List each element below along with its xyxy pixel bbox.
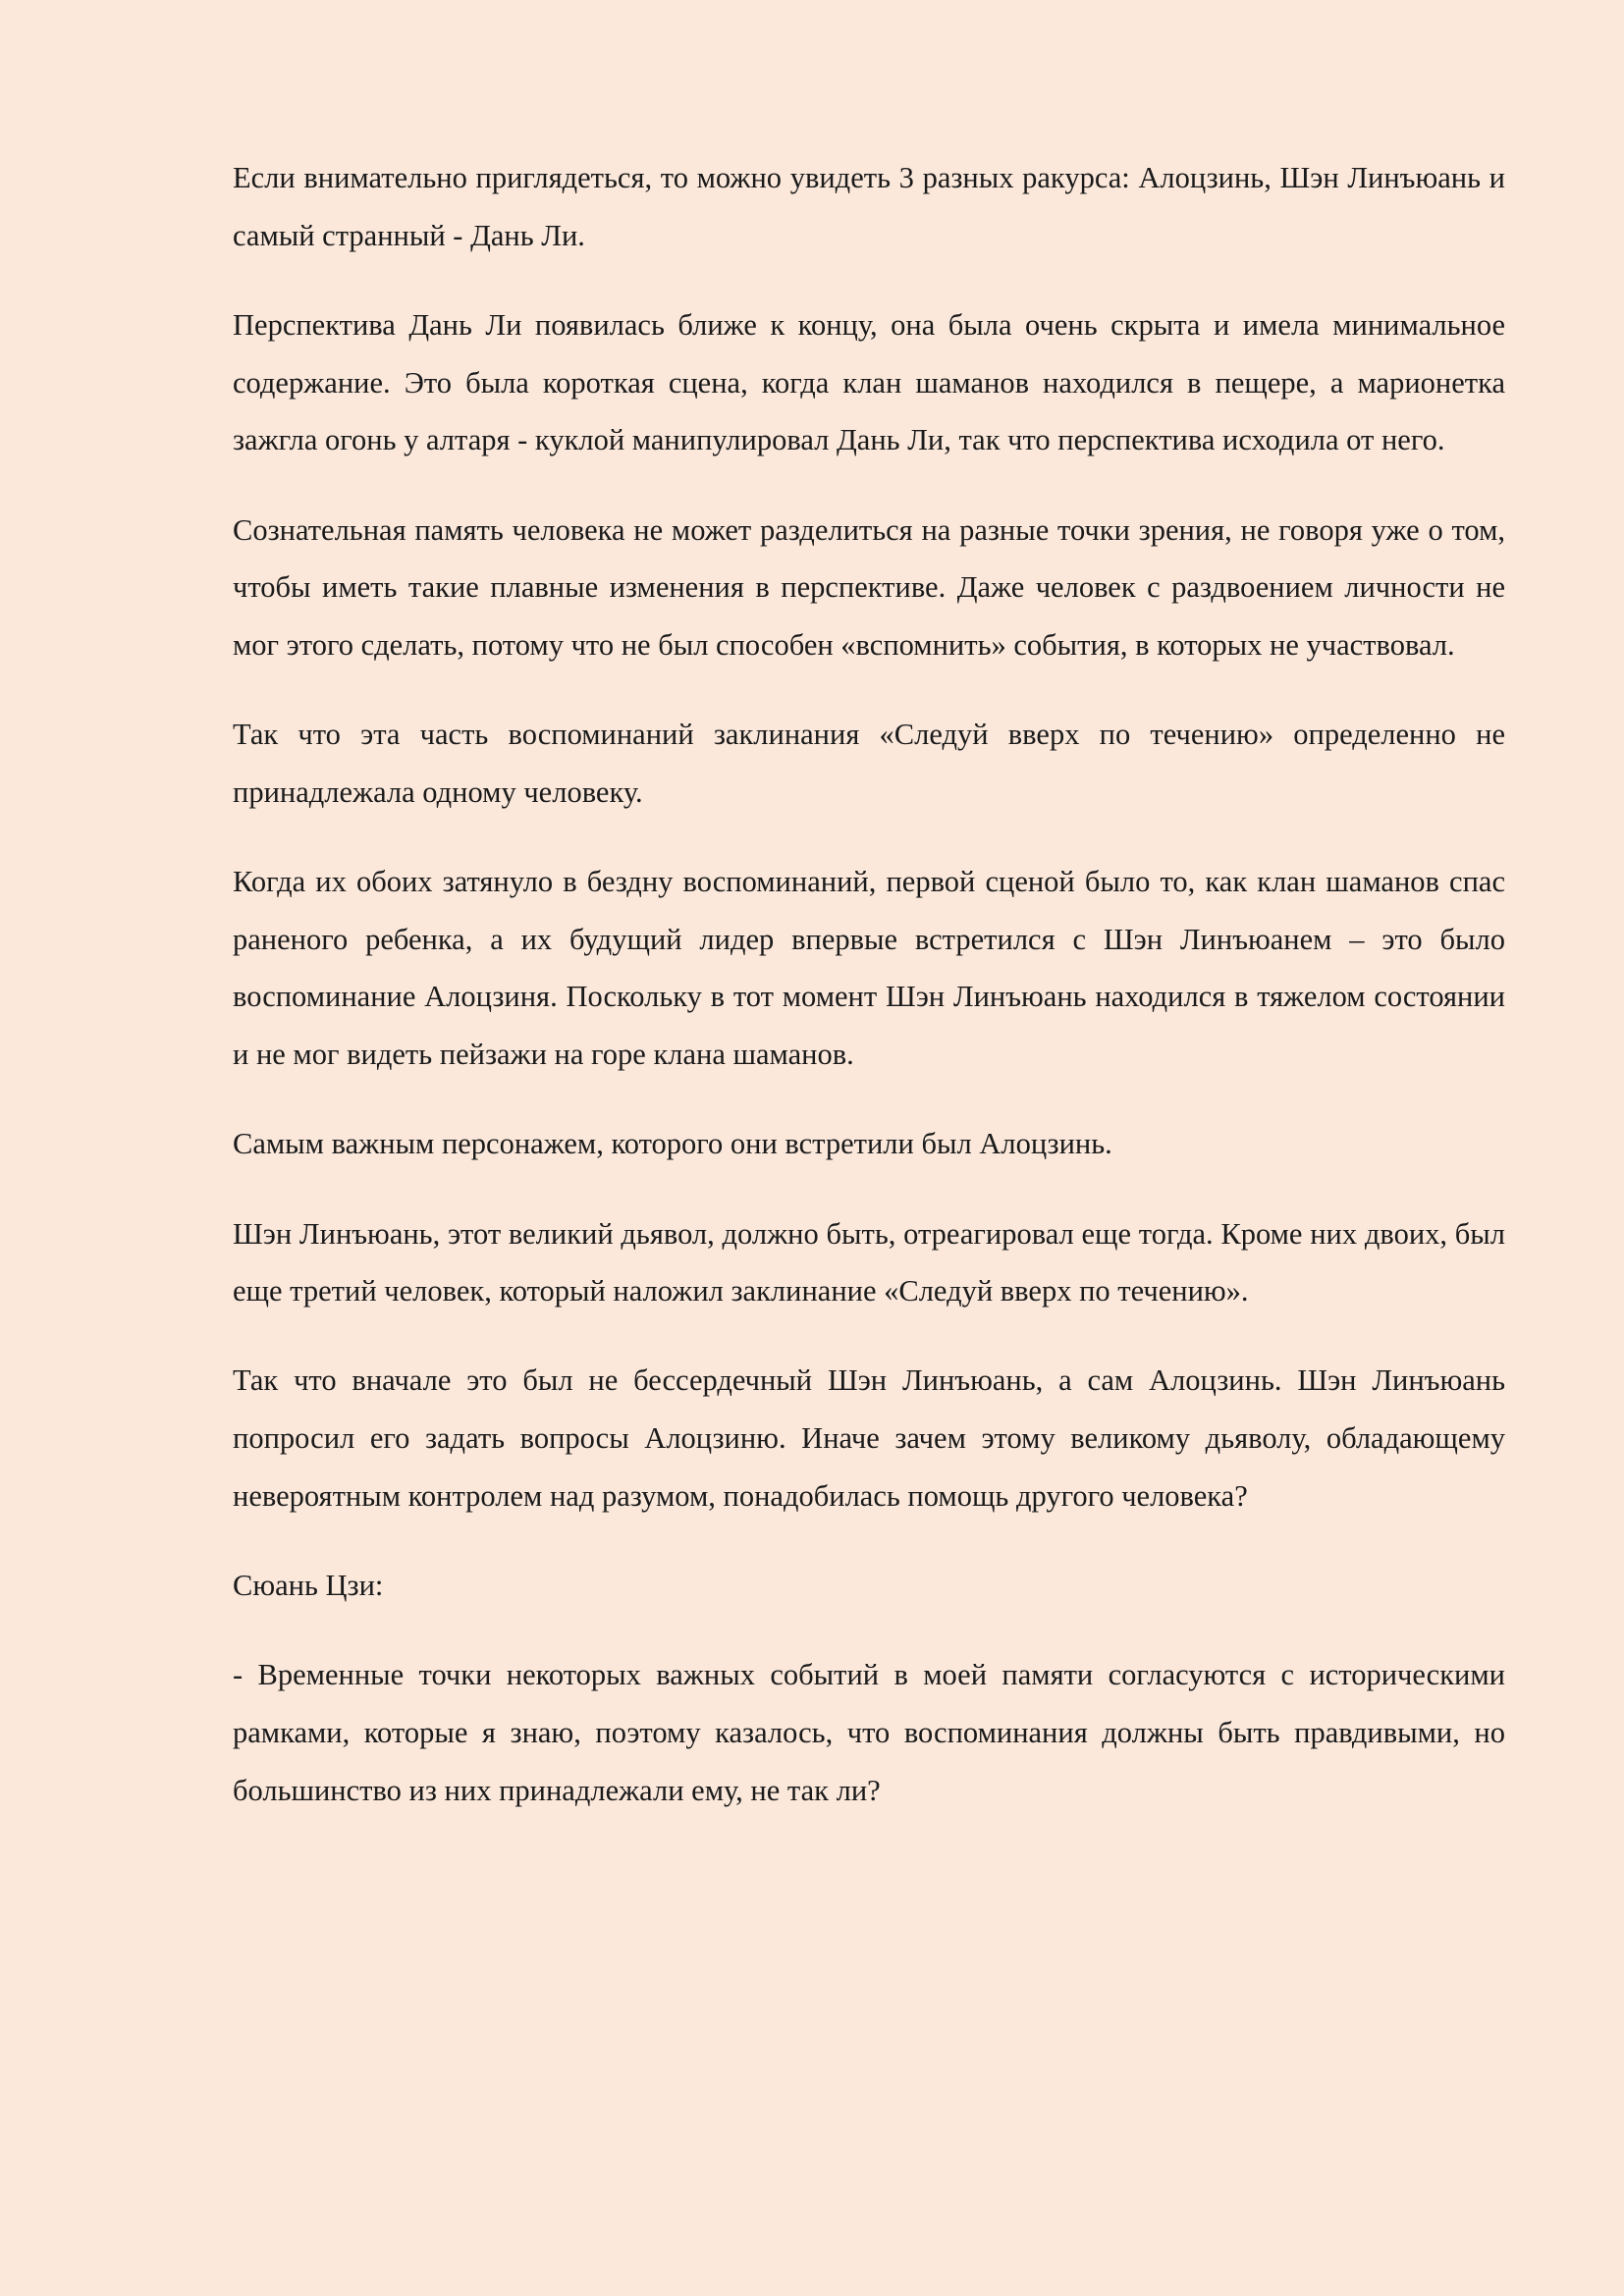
paragraph-dan-li-perspective: Перспектива Дань Ли появилась ближе к ко… (233, 296, 1505, 469)
paragraph-conscious-memory: Сознательная память человека не может ра… (233, 502, 1505, 674)
paragraph-dialogue-line: - Временные точки некоторых важных событ… (233, 1646, 1505, 1819)
paragraph-most-important-character: Самым важным персонажем, которого они вс… (233, 1115, 1505, 1173)
paragraph-speaker-label: Сюань Цзи: (233, 1557, 1505, 1615)
document-page: Если внимательно приглядеться, то можно … (233, 149, 1505, 1819)
paragraph-third-person: Шэн Линъюань, этот великий дьявол, должн… (233, 1205, 1505, 1320)
paragraph-spell-memories: Так что эта часть воспоминаний заклинани… (233, 706, 1505, 821)
paragraph-abyss-of-memories: Когда их обоих затянуло в бездну воспоми… (233, 853, 1505, 1084)
paragraph-perspectives-intro: Если внимательно приглядеться, то можно … (233, 149, 1505, 264)
paragraph-alotszin-questions: Так что вначале это был не бессердечный … (233, 1352, 1505, 1524)
